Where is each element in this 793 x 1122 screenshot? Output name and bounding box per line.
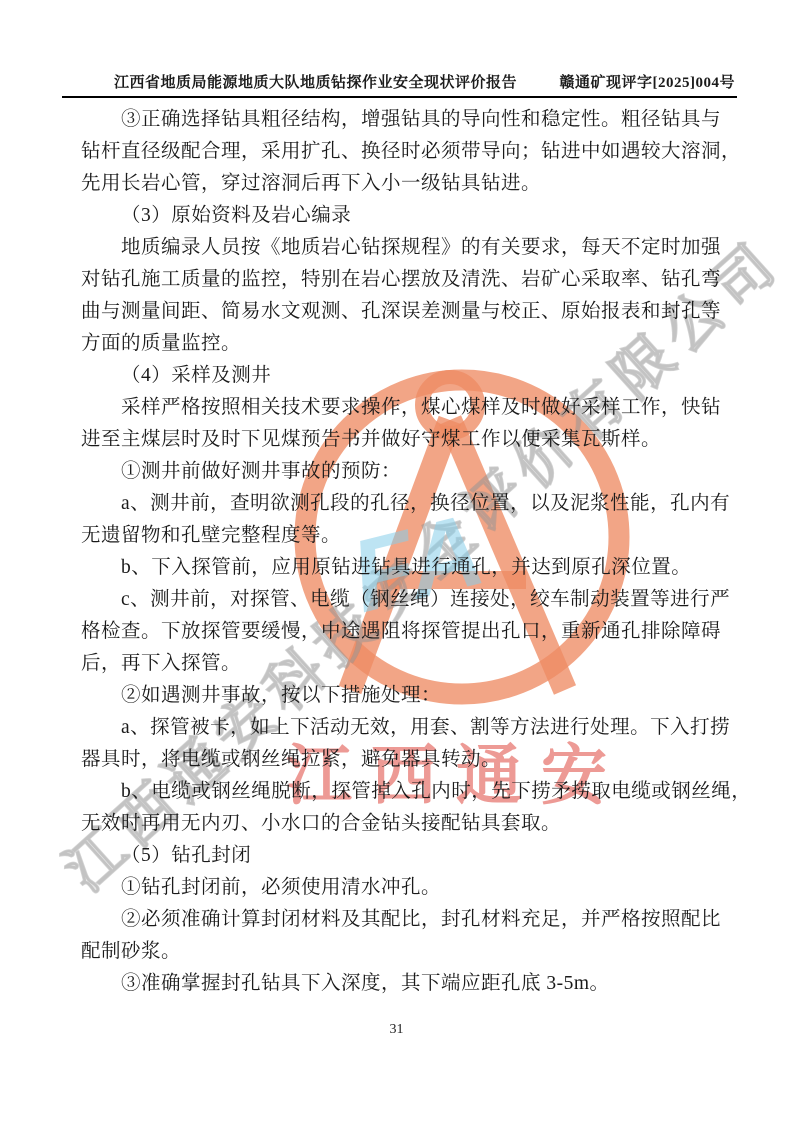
- body-line: ①钻孔封闭前，必须使用清水冲孔。: [81, 872, 715, 904]
- body-line: b、电缆或钢丝绳脱断，探管掉入孔内时，先下捞矛捞取电缆或钢丝绳，: [81, 776, 715, 808]
- page-header: 江西省地质局能源地质大队地质钻探作业安全现状评价报告 赣通矿现评字[2025]0…: [62, 60, 737, 98]
- body-line: 后，再下入探管。: [81, 648, 715, 680]
- body-line: 先用长岩心管，穿过溶洞后再下入小一级钻具钻进。: [81, 168, 715, 200]
- body-line: 曲与测量间距、简易水文观测、孔深误差测量与校正、原始报表和封孔等: [81, 296, 715, 328]
- body-line: 对钻孔施工质量的监控，特别在岩心摆放及清洗、岩矿心采取率、钻孔弯: [81, 264, 715, 296]
- header-report-title: 江西省地质局能源地质大队地质钻探作业安全现状评价报告: [62, 71, 517, 92]
- body-line: a、测井前，查明欲测孔段的孔径，换径位置，以及泥浆性能，孔内有: [81, 488, 715, 520]
- body-line: 进至主煤层时及时下见煤预告书并做好守煤工作以便采集瓦斯样。: [81, 424, 715, 456]
- body-line: 地质编录人员按《地质岩心钻探规程》的有关要求，每天不定时加强: [81, 232, 715, 264]
- body-line: （3）原始资料及岩心编录: [81, 200, 715, 232]
- header-doc-number: 赣通矿现评字[2025]004号: [560, 71, 738, 92]
- body-line: ③正确选择钻具粗径结构，增强钻具的导向性和稳定性。粗径钻具与: [81, 104, 715, 136]
- document-page: 江西省地质局能源地质大队地质钻探作业安全现状评价报告 赣通矿现评字[2025]0…: [0, 0, 793, 1122]
- body-line: ②必须准确计算封闭材料及其配比，封孔材料充足，并严格按照配比: [81, 904, 715, 936]
- body-line: 钻杆直径级配合理，采用扩孔、换径时必须带导向；钻进中如遇较大溶洞，: [81, 136, 715, 168]
- body-line: （4）采样及测井: [81, 360, 715, 392]
- body-line: ②如遇测井事故，按以下措施处理：: [81, 680, 715, 712]
- body-line: 格检查。下放探管要缓慢，中途遇阻将探管提出孔口，重新通孔排除障碍: [81, 616, 715, 648]
- body-line: 无效时再用无内刃、小水口的合金钻头接配钻具套取。: [81, 808, 715, 840]
- body-line: b、下入探管前，应用原钻进钻具进行通孔，并达到原孔深位置。: [81, 552, 715, 584]
- body-line: c、测井前，对探管、电缆（钢丝绳）连接处，绞车制动装置等进行严: [81, 584, 715, 616]
- body-text: ③正确选择钻具粗径结构，增强钻具的导向性和稳定性。粗径钻具与钻杆直径级配合理，采…: [81, 104, 715, 1000]
- body-line: ③准确掌握封孔钻具下入深度，其下端应距孔底 3-5m。: [81, 968, 715, 1000]
- body-line: 采样严格按照相关技术要求操作，煤心煤样及时做好采样工作，快钻: [81, 392, 715, 424]
- body-line: （5）钻孔封闭: [81, 840, 715, 872]
- body-line: 配制砂浆。: [81, 936, 715, 968]
- page-number: 31: [0, 1022, 793, 1038]
- body-line: 无遗留物和孔壁完整程度等。: [81, 520, 715, 552]
- body-line: 器具时，将电缆或钢丝绳拉紧，避免器具转动。: [81, 744, 715, 776]
- body-line: ①测井前做好测井事故的预防：: [81, 456, 715, 488]
- body-line: 方面的质量监控。: [81, 328, 715, 360]
- body-line: a、探管被卡，如上下活动无效，用套、割等方法进行处理。下入打捞: [81, 712, 715, 744]
